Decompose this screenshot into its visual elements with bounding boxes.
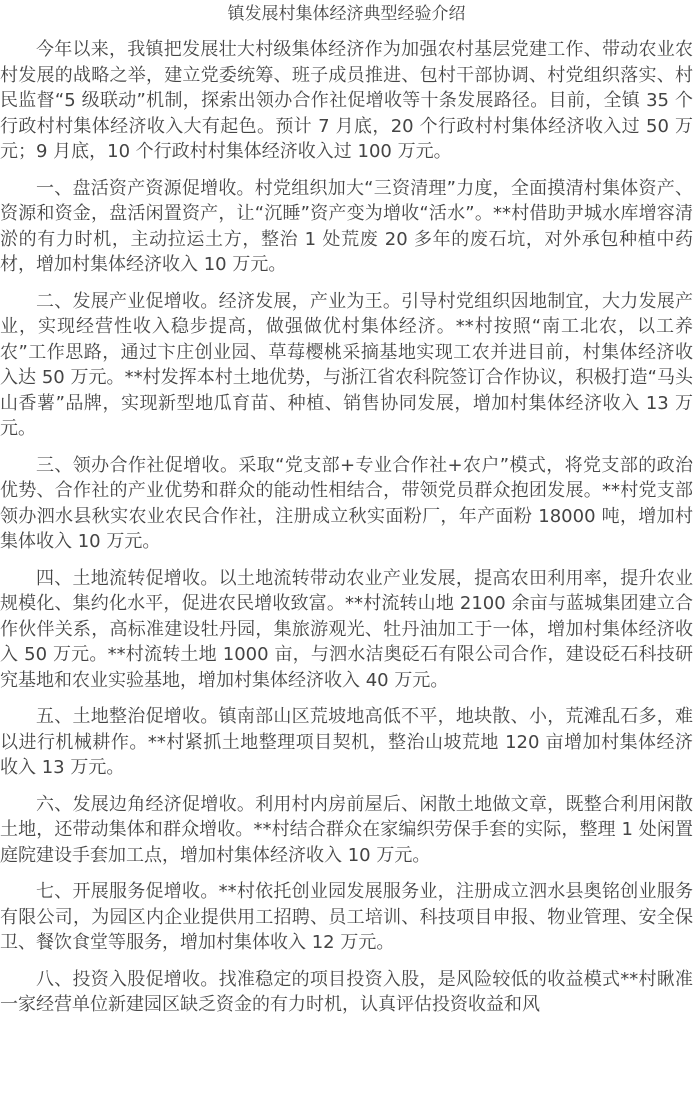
paragraph-intro: 今年以来，我镇把发展壮大村级集体经济作为加强农村基层党建工作、带动农业农村发展的… (0, 37, 693, 165)
paragraph-section-8: 八、投资入股促增收。找准稳定的项目投资入股，是风险较低的收益模式**村瞅准一家经… (0, 967, 693, 1018)
paragraph-section-7: 七、开展服务促增收。**村依托创业园发展服务业，注册成立泗水县奥铭创业服务有限公… (0, 879, 693, 956)
paragraph-section-3: 三、领办合作社促增收。采取“党支部+专业合作社+农户”模式，将党支部的政治优势、… (0, 453, 693, 555)
paragraph-section-6: 六、发展边角经济促增收。利用村内房前屋后、闲散土地做文章，既整合利用闲散土地，还… (0, 792, 693, 869)
paragraph-section-2: 二、发展产业促增收。经济发展，产业为王。引导村党组织因地制宜，大力发展产业，实现… (0, 289, 693, 442)
document: 镇发展村集体经济典型经验介绍 今年以来，我镇把发展壮大村级集体经济作为加强农村基… (0, 2, 693, 1018)
paragraph-section-4: 四、土地流转促增收。以土地流转带动农业产业发展，提高农田利用率，提升农业规模化、… (0, 566, 693, 694)
paragraph-section-1: 一、盘活资产资源促增收。村党组织加大“三资清理”力度，全面摸清村集体资产、资源和… (0, 176, 693, 278)
paragraph-section-5: 五、土地整治促增收。镇南部山区荒坡地高低不平，地块散、小，荒滩乱石多，难以进行机… (0, 704, 693, 781)
document-title: 镇发展村集体经济典型经验介绍 (0, 2, 693, 26)
